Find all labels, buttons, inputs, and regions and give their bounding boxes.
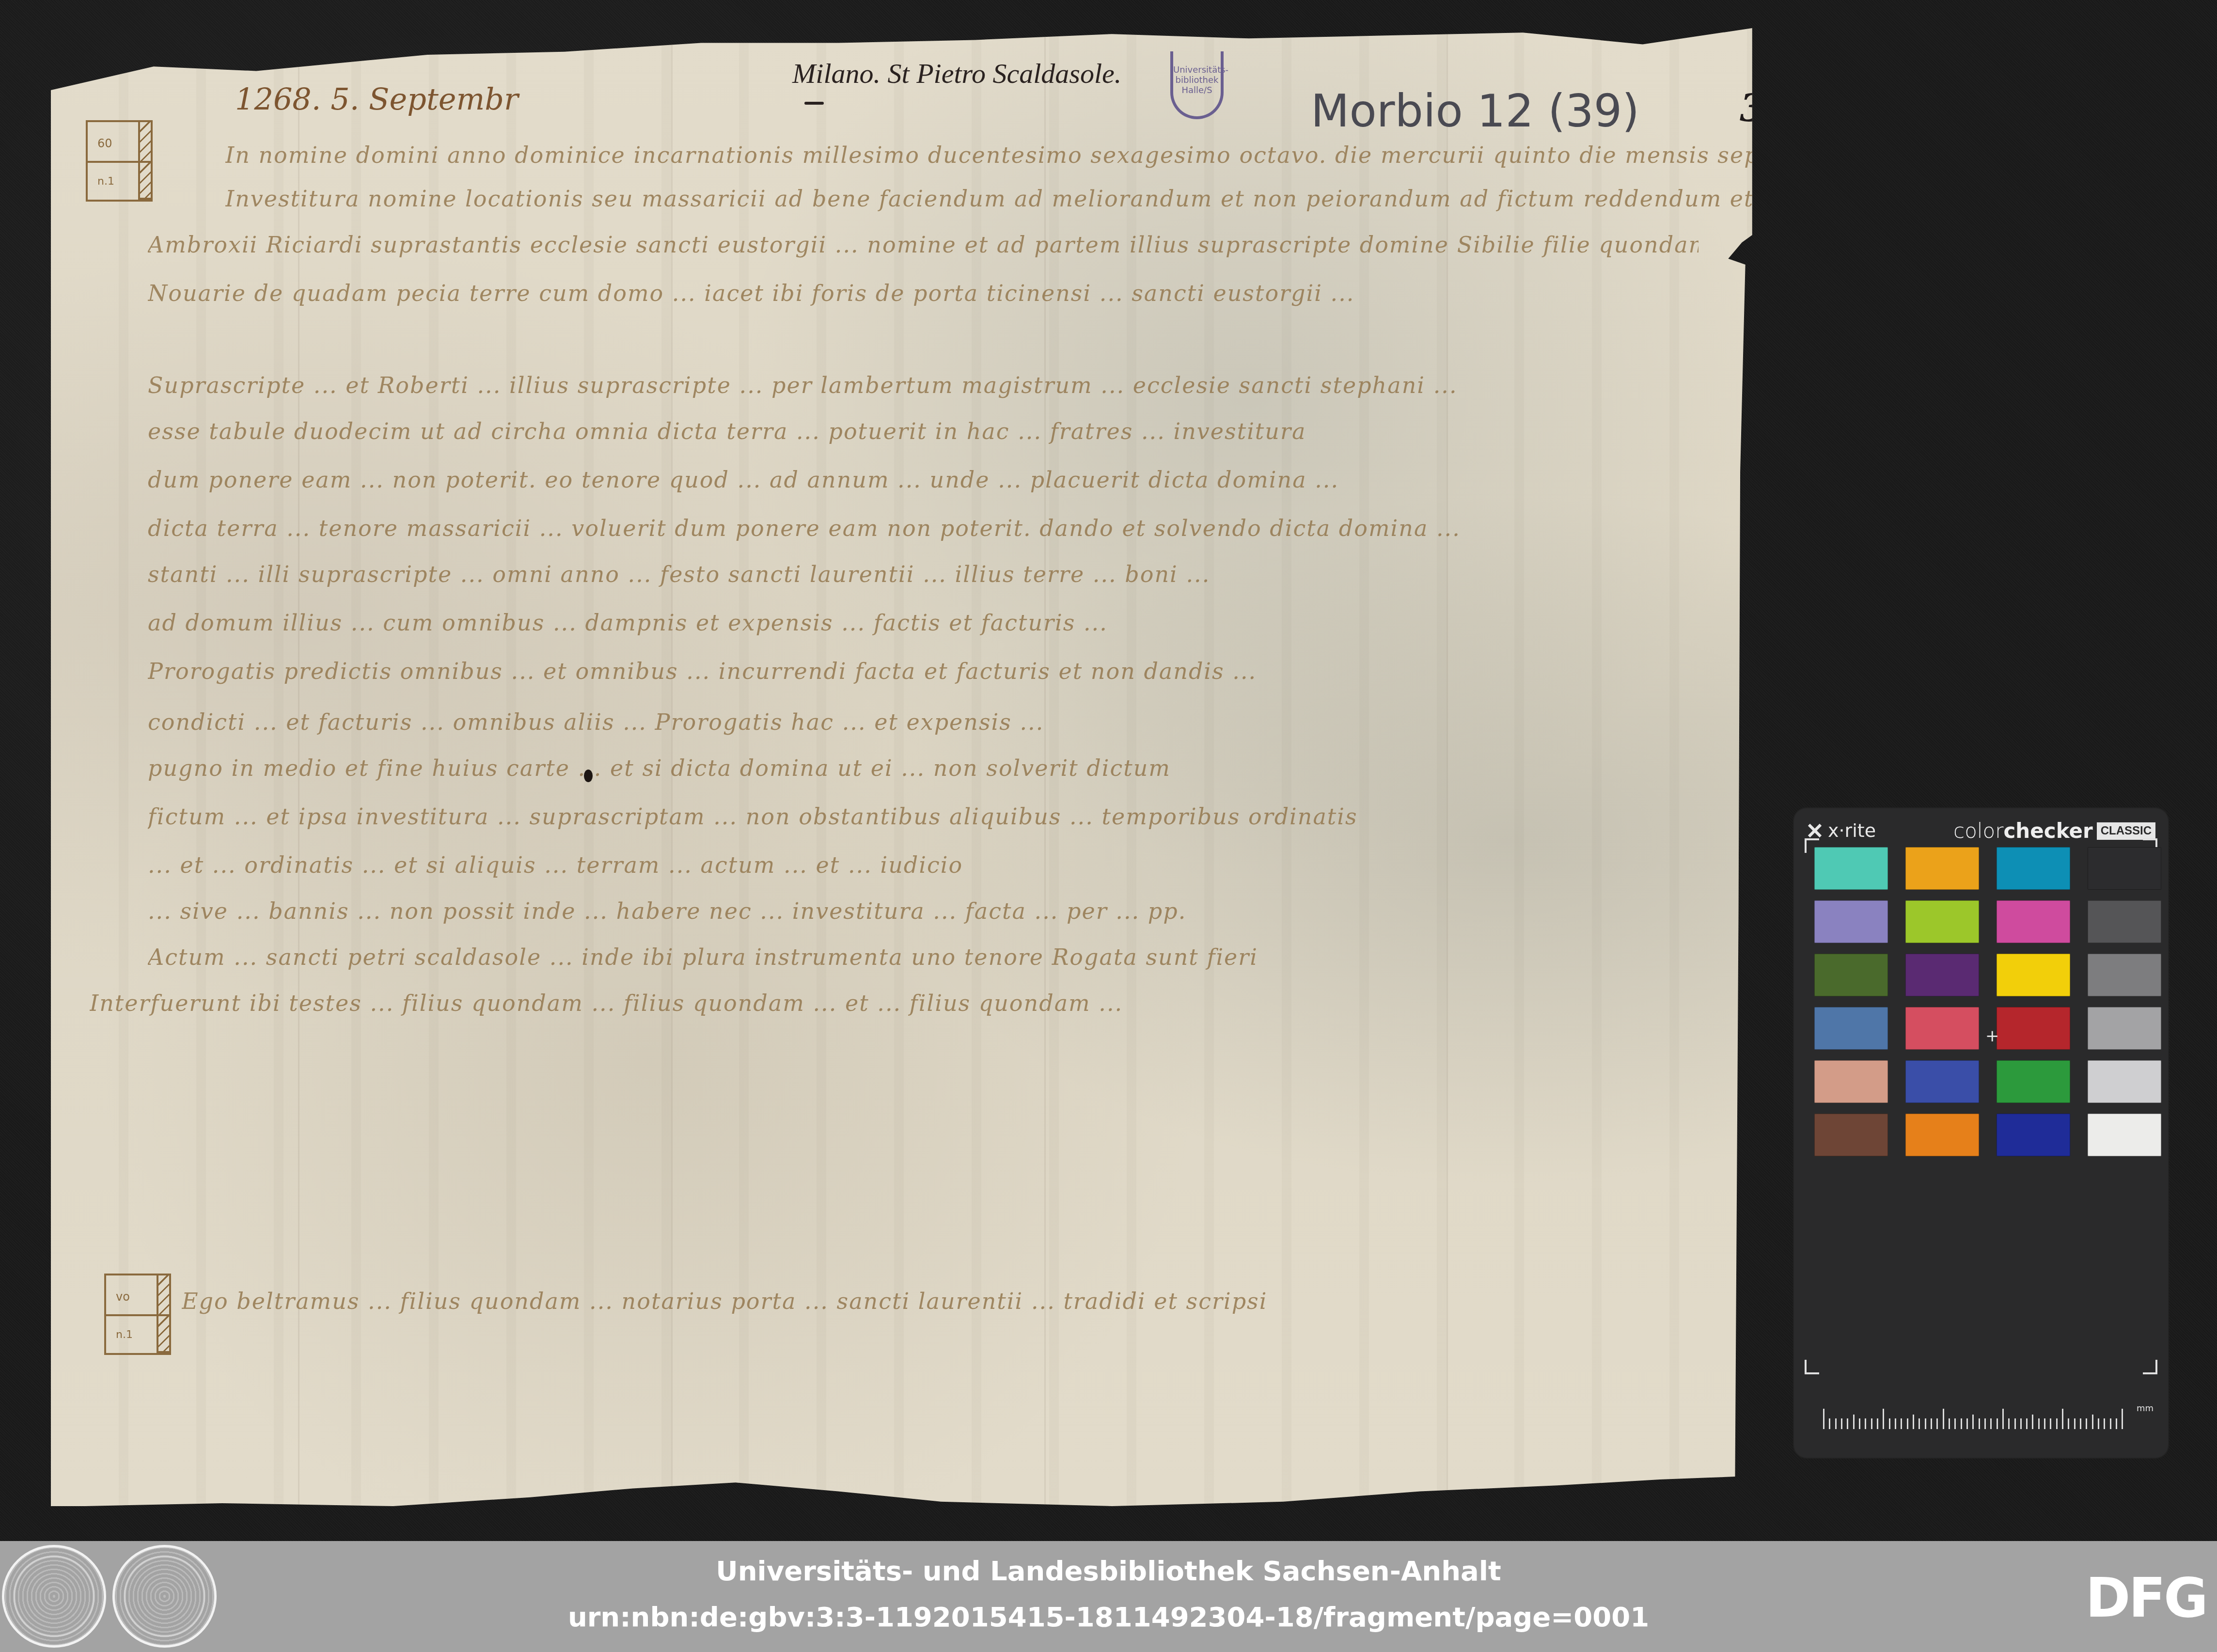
edition-badge: CLASSIC xyxy=(2097,822,2155,840)
ruler-tick xyxy=(1997,1418,1998,1429)
ruler-tick xyxy=(2008,1418,2010,1429)
parchment-document: 1268. 5. Septembr Milano. St Pietro Scal… xyxy=(51,28,1762,1506)
color-patch xyxy=(2088,900,2161,943)
colorchecker-card: x·rite color checker CLASSIC + mm xyxy=(1794,808,2168,1458)
color-patch xyxy=(2088,847,2161,890)
ruler-tick xyxy=(1847,1418,1848,1429)
notary-sign-upper: 60 xyxy=(97,137,112,150)
color-patch xyxy=(1997,1007,2070,1050)
dfg-logo: DFG xyxy=(2086,1567,2206,1630)
text-line: dum ponere eam ... non poterit. eo tenor… xyxy=(148,467,1698,493)
institution-name: Universitäts- und Landesbibliothek Sachs… xyxy=(0,1556,2217,1587)
ruler-tick xyxy=(1966,1418,1968,1429)
brand-bold: checker xyxy=(2003,819,2092,843)
notary-sign-hatch xyxy=(157,1274,171,1353)
color-patch xyxy=(1997,847,2070,890)
ruler-tick xyxy=(1954,1418,1956,1429)
ruler-tick xyxy=(2074,1418,2075,1429)
text-line: Suprascripte ... et Roberti ... illius s… xyxy=(148,372,1698,398)
ruler-tick xyxy=(1972,1415,1974,1429)
ruler-tick xyxy=(1949,1418,1950,1429)
ruler-tick xyxy=(1865,1418,1866,1429)
notary-sign-top: 60 n.1 xyxy=(86,120,153,202)
ruler-tick xyxy=(2104,1418,2105,1429)
place-annotation: Milano. St Pietro Scaldasole. xyxy=(792,57,1121,90)
ruler-tick xyxy=(1841,1418,1842,1429)
date-annotation: 1268. 5. Septembr xyxy=(235,81,519,117)
color-patch xyxy=(1905,847,1979,890)
ruler-tick xyxy=(1918,1418,1920,1429)
color-patch xyxy=(2088,954,2161,996)
brand-light: color xyxy=(1953,819,2003,843)
ruler-tick xyxy=(1823,1409,1824,1429)
mm-ruler xyxy=(1823,1407,2123,1429)
ruler-tick xyxy=(2086,1418,2087,1429)
text-line: Interfuerunt ibi testes ... filius quond… xyxy=(90,990,1640,1016)
ruler-tick xyxy=(2092,1415,2093,1429)
color-patch xyxy=(1814,1060,1888,1103)
ruler-tick xyxy=(1895,1418,1896,1429)
color-patch xyxy=(1814,847,1888,890)
text-line: ... sive ... bannis ... non possit inde … xyxy=(148,898,1698,924)
color-patch xyxy=(2088,1007,2161,1050)
text-line: Ambroxii Riciardi suprastantis ecclesie … xyxy=(148,232,1698,258)
ruler-tick xyxy=(2080,1418,2081,1429)
color-patch xyxy=(1814,900,1888,943)
place-underline xyxy=(804,102,824,105)
ruler-tick xyxy=(2020,1418,2022,1429)
color-patch xyxy=(1905,900,1979,943)
text-line: pugno in medio et fine huius carte ... e… xyxy=(148,755,1698,781)
ruler-tick xyxy=(1961,1418,1962,1429)
notary-sign-bottom: vo n.1 xyxy=(104,1274,171,1355)
ruler-tick xyxy=(2110,1418,2111,1429)
ruler-tick xyxy=(2116,1418,2117,1429)
colorchecker-brand: color checker CLASSIC xyxy=(1953,819,2155,843)
text-line: stanti ... illi suprascripte ... omni an… xyxy=(148,561,1698,587)
color-patch xyxy=(1997,1060,2070,1103)
text-line: condicti ... et facturis ... omnibus ali… xyxy=(148,709,1698,735)
color-patch xyxy=(1814,954,1888,996)
color-patch xyxy=(1905,1007,1979,1050)
color-patch xyxy=(1814,1007,1888,1050)
library-stamp: Universitäts-bibliothek Halle/S xyxy=(1170,51,1224,119)
ruler-tick xyxy=(1913,1415,1914,1429)
footer-bar: Universitäts- und Landesbibliothek Sachs… xyxy=(0,1541,2217,1652)
ruler-tick xyxy=(1883,1409,1884,1429)
ruler-tick xyxy=(1943,1409,1944,1429)
color-patch xyxy=(1997,1114,2070,1156)
color-patch xyxy=(1814,1114,1888,1156)
ruler-tick xyxy=(1829,1418,1830,1429)
ruler-tick xyxy=(2032,1415,2033,1429)
notary-sign-hatch xyxy=(138,120,153,200)
text-line: ad domum illius ... cum omnibus ... damp… xyxy=(148,610,1698,636)
ruler-tick xyxy=(1936,1418,1938,1429)
ruler-tick xyxy=(2062,1409,2063,1429)
ruler-tick xyxy=(1871,1418,1872,1429)
xrite-brand-label: x·rite xyxy=(1828,820,1876,841)
text-line: Nouarie de quadam pecia terre cum domo .… xyxy=(148,280,1698,306)
color-patch-grid xyxy=(1814,847,2152,1361)
crosshair-icon: + xyxy=(1985,1028,1999,1044)
ruler-tick xyxy=(1990,1418,1992,1429)
text-line: In nomine domini anno dominice incarnati… xyxy=(225,142,1776,168)
text-line: Investitura nomine locationis seu massar… xyxy=(225,186,1776,212)
ruler-tick xyxy=(1889,1418,1890,1429)
ruler-tick xyxy=(1877,1418,1878,1429)
ruler-tick xyxy=(1931,1418,1932,1429)
corner-mark xyxy=(2143,1360,2157,1374)
color-patch xyxy=(1997,900,2070,943)
text-line: dicta terra ... tenore massaricii ... vo… xyxy=(148,515,1698,541)
ruler-tick xyxy=(1859,1418,1860,1429)
color-patch xyxy=(2088,1114,2161,1156)
ruler-tick xyxy=(1835,1418,1837,1429)
corner-mark xyxy=(1805,1360,1819,1374)
ruler-tick xyxy=(2068,1418,2069,1429)
text-line: ... et ... ordinatis ... et si aliquis .… xyxy=(148,852,1698,878)
xrite-logo-icon xyxy=(1807,822,1823,839)
text-line: esse tabule duodecim ut ad circha omnia … xyxy=(148,418,1698,444)
color-patch xyxy=(2088,1060,2161,1103)
ruler-tick xyxy=(1979,1418,1980,1429)
color-patch xyxy=(1905,954,1979,996)
ruler-unit-label: mm xyxy=(2137,1403,2154,1414)
color-patch xyxy=(1905,1060,1979,1103)
color-patch xyxy=(1905,1114,1979,1156)
notary-sign-lower: n.1 xyxy=(116,1329,133,1341)
subscription-line: Ego beltramus ... filius quondam ... not… xyxy=(182,1288,1345,1314)
urn-identifier: urn:nbn:de:gbv:3:3-1192015415-1811492304… xyxy=(0,1602,2217,1633)
notary-sign-upper: vo xyxy=(116,1290,130,1304)
ruler-tick xyxy=(1853,1415,1855,1429)
ruler-tick xyxy=(2038,1418,2040,1429)
ruler-tick xyxy=(2050,1418,2051,1429)
text-line: Actum ... sancti petri scaldasole ... in… xyxy=(148,944,1698,970)
ruler-tick xyxy=(1907,1418,1908,1429)
ruler-tick xyxy=(2098,1418,2099,1429)
ruler-tick xyxy=(2002,1409,2004,1429)
text-line: Prorogatis predictis omnibus ... et omni… xyxy=(148,658,1698,684)
notary-sign-lower: n.1 xyxy=(97,175,114,188)
ruler-tick xyxy=(2014,1418,2016,1429)
ruler-tick xyxy=(2122,1409,2123,1429)
shelfmark-annotation: Morbio 12 (39) xyxy=(1311,85,1639,137)
ruler-tick xyxy=(1925,1418,1926,1429)
ruler-tick xyxy=(2044,1418,2045,1429)
stamp-text: Universitäts-bibliothek Halle/S xyxy=(1173,65,1228,95)
ruler-tick xyxy=(1901,1418,1902,1429)
ink-blot xyxy=(584,770,593,782)
ruler-tick xyxy=(2026,1418,2028,1429)
ruler-tick xyxy=(1984,1418,1986,1429)
ruler-tick xyxy=(2056,1418,2058,1429)
color-patch xyxy=(1997,954,2070,996)
text-line: fictum ... et ipsa investitura ... supra… xyxy=(148,803,1698,830)
